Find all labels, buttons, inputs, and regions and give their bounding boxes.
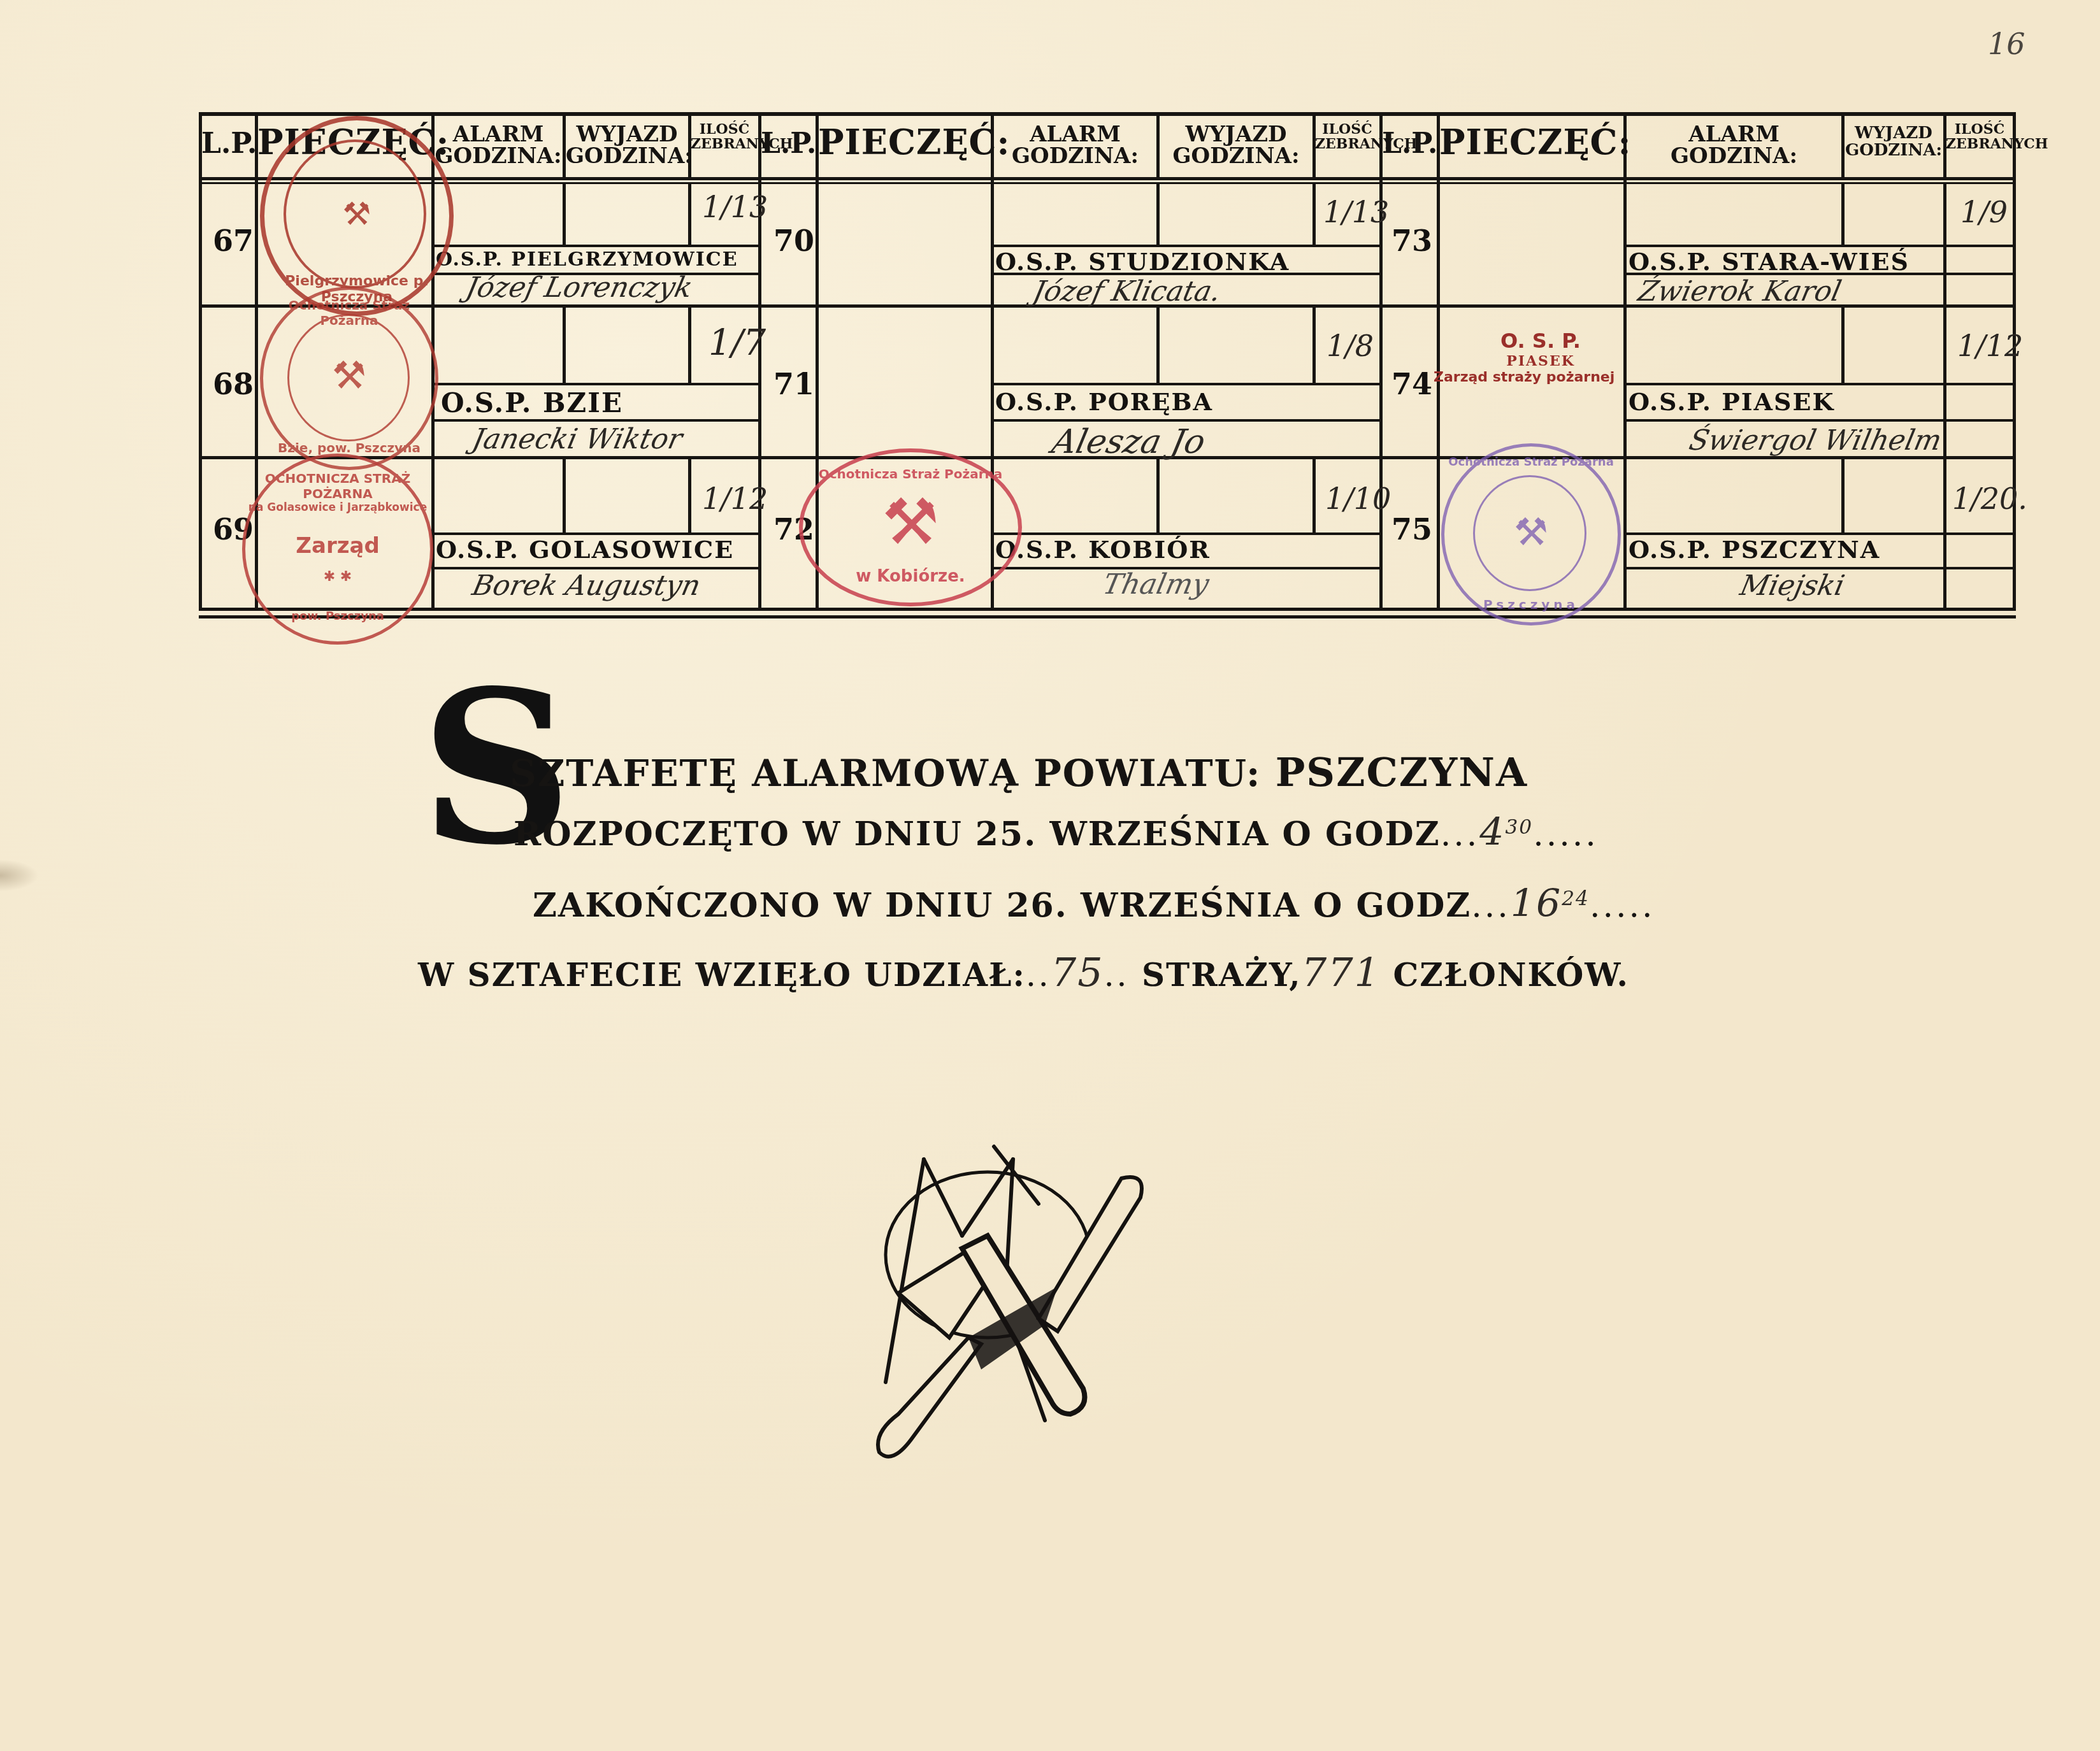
signature: Thalmy xyxy=(1100,568,1212,601)
summary-line-2: ROZPOCZĘTO W DNIU 25. WRZEŚNIA O GODZ...… xyxy=(514,810,1599,855)
cell-divider xyxy=(1312,456,1316,534)
brigade-name: O.S.P. PSZCZYNA xyxy=(1629,535,1880,564)
stamp-text: Pszczyna xyxy=(1444,597,1618,612)
table-bottom-rule-2 xyxy=(199,615,2016,618)
brigades-count: 75 xyxy=(1051,949,1104,996)
cell-divider xyxy=(688,304,691,384)
cell-divider xyxy=(1156,182,1160,246)
stamp-text: OCHOTNICZA STRAŻ POŻARNA xyxy=(245,471,430,501)
header-departure: WYJAZD GODZINA: xyxy=(1844,125,1943,160)
summary-line-4: W SZTAFECIE WZIĘŁO UDZIAŁ:..75.. STRAŻY,… xyxy=(418,949,1629,996)
header-lp: L.P. xyxy=(201,130,255,158)
header-count: ILOŚĆ ZEBRANYCH xyxy=(1315,122,1379,152)
group-divider xyxy=(1379,112,1383,609)
fire-emblem-icon: ⚒ xyxy=(263,354,435,398)
stamp-pszczyna: Ochotnicza Straż Pożarna ⚒ Pszczyna xyxy=(1441,443,1621,625)
signature: Janecki Wiktor xyxy=(470,423,686,455)
brigades-label: STRAŻY, xyxy=(1142,956,1302,994)
gathered-count: 1/13 xyxy=(702,190,768,224)
gathered-count: 1/10 xyxy=(1325,482,1391,516)
header-departure: WYJAZD GODZINA: xyxy=(566,124,688,167)
district-name: PSZCZYNA xyxy=(1276,749,1528,796)
row-number: 74 xyxy=(1392,367,1432,401)
page-number: 16 xyxy=(1988,27,2025,61)
name-rule-bottom xyxy=(1623,419,2016,422)
signature: Borek Augustyn xyxy=(470,569,703,602)
brigade-name: O.S.P. STUDZIONKA xyxy=(995,247,1290,276)
brigade-name: O.S.P. PIELGRZYMOWICE xyxy=(436,248,738,271)
header-alarm: ALARM GODZINA: xyxy=(994,124,1156,167)
header-count: ILOŚĆ ZEBRANYCH xyxy=(691,122,758,152)
end-hour: 16 xyxy=(1511,882,1562,926)
stamp-text: PIASEK xyxy=(1439,353,1643,369)
table-top-border xyxy=(199,112,2016,116)
hour-label: O GODZ xyxy=(1283,815,1441,854)
stamp-kobior: Ochotnicza Straż Pożarna ⚒ w Kobiórze. xyxy=(799,448,1022,606)
header-alarm: ALARM GODZINA: xyxy=(435,124,562,167)
fire-emblem-icon: ⚒ xyxy=(1444,510,1618,555)
gathered-count: 1/20. xyxy=(1952,482,2027,516)
stamp-golasowice: OCHOTNICZA STRAŻ POŻARNA na Golasowice i… xyxy=(242,454,433,645)
brigade-name: O.S.P. KOBIÓR xyxy=(995,535,1211,564)
table-left-border xyxy=(199,112,202,609)
row-number: 73 xyxy=(1392,224,1432,258)
signature: Miejski xyxy=(1737,569,1848,602)
end-month: WRZEŚNIA xyxy=(1081,886,1300,925)
stamp-text: Ochotnicza Straż Pożarna xyxy=(803,466,1018,482)
cell-divider xyxy=(688,182,691,246)
end-minute: 24 xyxy=(1562,887,1590,910)
header-rule-1 xyxy=(199,177,2016,180)
header-rule-2 xyxy=(199,182,2016,184)
relay-title: SZTAFETĘ ALARMOWĄ POWIATU: xyxy=(510,752,1262,795)
start-hour: 4 xyxy=(1479,810,1505,855)
name-rule-top xyxy=(991,383,1379,385)
stamp-text: Zarząd xyxy=(245,533,430,559)
header-alarm: ALARM GODZINA: xyxy=(1627,124,1841,167)
row-number: 70 xyxy=(773,224,814,258)
summary-line-3: ZAKOŃCZONO W DNIU 26. WRZEŚNIA O GODZ...… xyxy=(533,882,1655,926)
started-label: ROZPOCZĘTO W DNIU xyxy=(514,815,963,854)
brigade-name: O.S.P. STARA-WIEŚ xyxy=(1629,247,1909,276)
gathered-count: 1/8 xyxy=(1327,329,1374,363)
stamp-text: w Kobiórze. xyxy=(803,567,1018,586)
gathered-count: 1/13 xyxy=(1323,195,1389,229)
members-label: CZŁONKÓW. xyxy=(1393,956,1629,994)
signature: Źwierok Karol xyxy=(1636,275,1845,308)
relay-table: L.P. PIECZĘĆ: ALARM GODZINA: WYJAZD GODZ… xyxy=(199,112,2016,615)
cell-divider xyxy=(563,182,566,246)
header-count: ILOŚĆ ZEBRANYCH xyxy=(1946,122,2013,152)
cell-divider xyxy=(1156,304,1160,384)
cell-divider xyxy=(563,304,566,384)
stamp-text: pow. Pszczyna xyxy=(245,610,430,623)
name-rule-top xyxy=(1623,383,2016,385)
brigade-name: O.S.P. PORĘBA xyxy=(995,387,1213,416)
stamp-text: O. S. P. xyxy=(1439,329,1643,353)
name-rule-top xyxy=(431,245,758,247)
fire-emblem-icon: ⚒ xyxy=(264,196,449,232)
participation-label: W SZTAFECIE WZIĘŁO UDZIAŁ: xyxy=(418,956,1026,994)
ended-label: ZAKOŃCZONO W DNIU xyxy=(533,886,993,925)
row-number: 75 xyxy=(1392,512,1432,547)
cell-divider xyxy=(1312,304,1316,384)
start-day: 25. xyxy=(975,815,1037,854)
gathered-count: 1/9 xyxy=(1960,195,2008,229)
stamp-text: na Golasowice i Jarząbkowice xyxy=(245,501,430,514)
crossed-axes-icon: ⚒ xyxy=(803,490,1018,554)
gathered-count: 1/12 xyxy=(1957,329,2023,363)
brigade-name: O.S.P. GOLASOWICE xyxy=(436,535,734,564)
summary-line-1: SZTAFETĘ ALARMOWĄ POWIATU: PSZCZYNA xyxy=(510,749,1528,796)
cell-divider xyxy=(563,456,566,534)
signature: Józef Lorenczyk xyxy=(463,271,696,304)
hour-label: O GODZ xyxy=(1313,886,1471,925)
cell-divider xyxy=(688,456,691,534)
star-icon: ✱ ✱ xyxy=(245,569,430,585)
cell-divider xyxy=(1841,456,1845,534)
stamp-text: Ochotnicza Straż Pożarna xyxy=(263,297,435,328)
start-minute: 30 xyxy=(1505,816,1533,839)
stamp-piasek: O. S. P. PIASEK Zarząd straży pożarnej xyxy=(1439,329,1643,385)
row-number: 71 xyxy=(773,367,814,401)
members-count: 771 xyxy=(1302,949,1381,996)
header-lp: L.P. xyxy=(1382,130,1437,158)
stamp-pielgrzymowice: ⚒ Pielgrzymowice p. Pszczyna xyxy=(260,116,454,316)
row-number: 68 xyxy=(213,367,254,401)
start-month: WRZEŚNIA xyxy=(1049,815,1269,854)
stamp-text: Zarząd straży pożarnej xyxy=(1434,369,1643,385)
header-stamp: PIECZĘĆ: xyxy=(1439,125,1623,159)
signature: Alesza Jo xyxy=(1049,423,1209,461)
name-rule-bottom xyxy=(991,419,1379,422)
name-rule-top xyxy=(431,383,758,385)
signature: Świergol Wilhelm xyxy=(1686,424,1945,457)
header-stamp: PIECZĘĆ: xyxy=(818,125,991,159)
cell-divider xyxy=(1841,304,1845,384)
stamp-text: Bzie, pow. Pszczyna xyxy=(263,440,435,455)
end-day: 26. xyxy=(1006,886,1067,925)
table-bottom-rule-1 xyxy=(199,608,2016,611)
header-lp: L.P. xyxy=(761,130,816,158)
signature: Józef Klicata. xyxy=(1030,275,1224,308)
firefighter-emblem-icon xyxy=(854,1134,1249,1490)
stamp-bzie: Ochotnicza Straż Pożarna ⚒ Bzie, pow. Ps… xyxy=(260,287,438,470)
brigade-name: O.S.P. PIASEK xyxy=(1629,387,1834,416)
cell-divider xyxy=(1156,456,1160,534)
cell-divider xyxy=(1312,182,1316,246)
brigade-name: O.S.P. BZIE xyxy=(441,387,623,418)
header-departure: WYJAZD GODZINA: xyxy=(1160,124,1312,167)
cell-divider xyxy=(1841,182,1845,246)
gathered-count: 1/7 xyxy=(708,322,766,364)
name-rule-bottom xyxy=(431,419,758,422)
row-number: 67 xyxy=(213,224,254,258)
gathered-count: 1/12 xyxy=(702,482,768,516)
stamp-text: Ochotnicza Straż Pożarna xyxy=(1444,455,1618,469)
